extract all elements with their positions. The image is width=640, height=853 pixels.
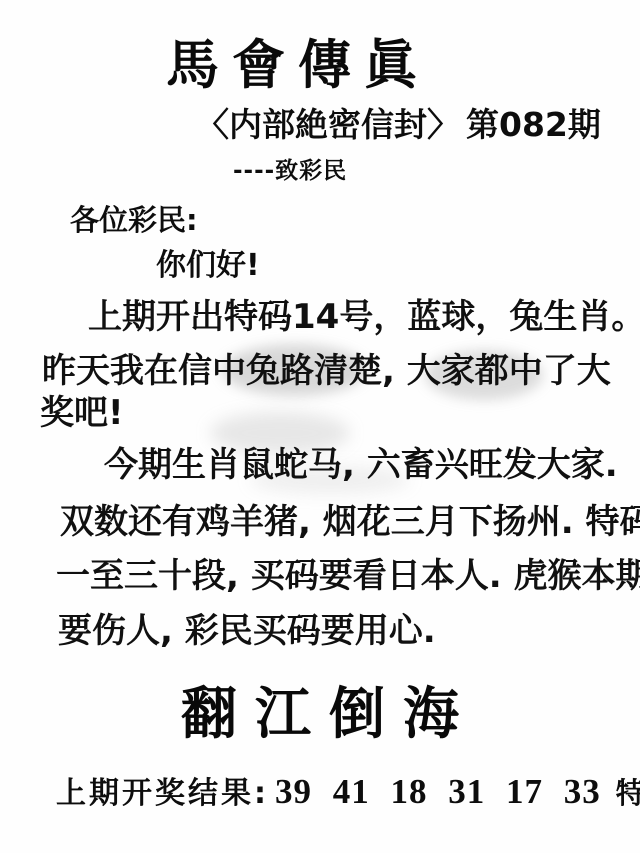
salutation: 各位彩民: [70, 205, 198, 235]
fax-title: 馬會傳眞 [166, 38, 430, 94]
special-number-group: 特 14 [616, 771, 640, 812]
issue-subtitle: 〈内部絶密信封〉第082期 [196, 108, 601, 143]
body-line: 昨天我在信中兔路清楚, 大家都中了大 [42, 354, 611, 390]
issue-number: 第082期 [466, 105, 601, 144]
results-line: 上期开奖结果: 39 41 18 31 17 33 特 14 [56, 768, 640, 812]
body-line: 要伤人, 彩民买码要用心. [58, 614, 436, 650]
special-number-label: 特 [616, 771, 640, 812]
body-line: 双数还有鸡羊猪, 烟花三月下扬州. 特码 [60, 505, 640, 541]
results-label: 上期开奖结果: [56, 768, 269, 812]
slogan-phrase: 翻江倒海 [0, 686, 640, 745]
body-line-previous-draw: 上期开出特码14号，蓝球，兔生肖。 [88, 300, 640, 336]
greeting: 你们好! [156, 250, 260, 282]
fax-page: 馬會傳眞 〈内部絶密信封〉第082期 ----致彩民 各位彩民: 你们好! 上期… [0, 0, 640, 853]
body-line: 奖吧! [40, 396, 124, 432]
body-line: 一至三十段, 买码要看日本人. 虎猴本期 [56, 559, 640, 595]
dedication-line: ----致彩民 [233, 159, 347, 183]
winning-numbers: 39 41 18 31 17 33 [275, 772, 601, 812]
secret-envelope-label: 〈内部絶密信封〉 [196, 105, 460, 144]
body-line-current-tip: 今期生肖鼠蛇马, 六畜兴旺发大家. [104, 448, 618, 484]
